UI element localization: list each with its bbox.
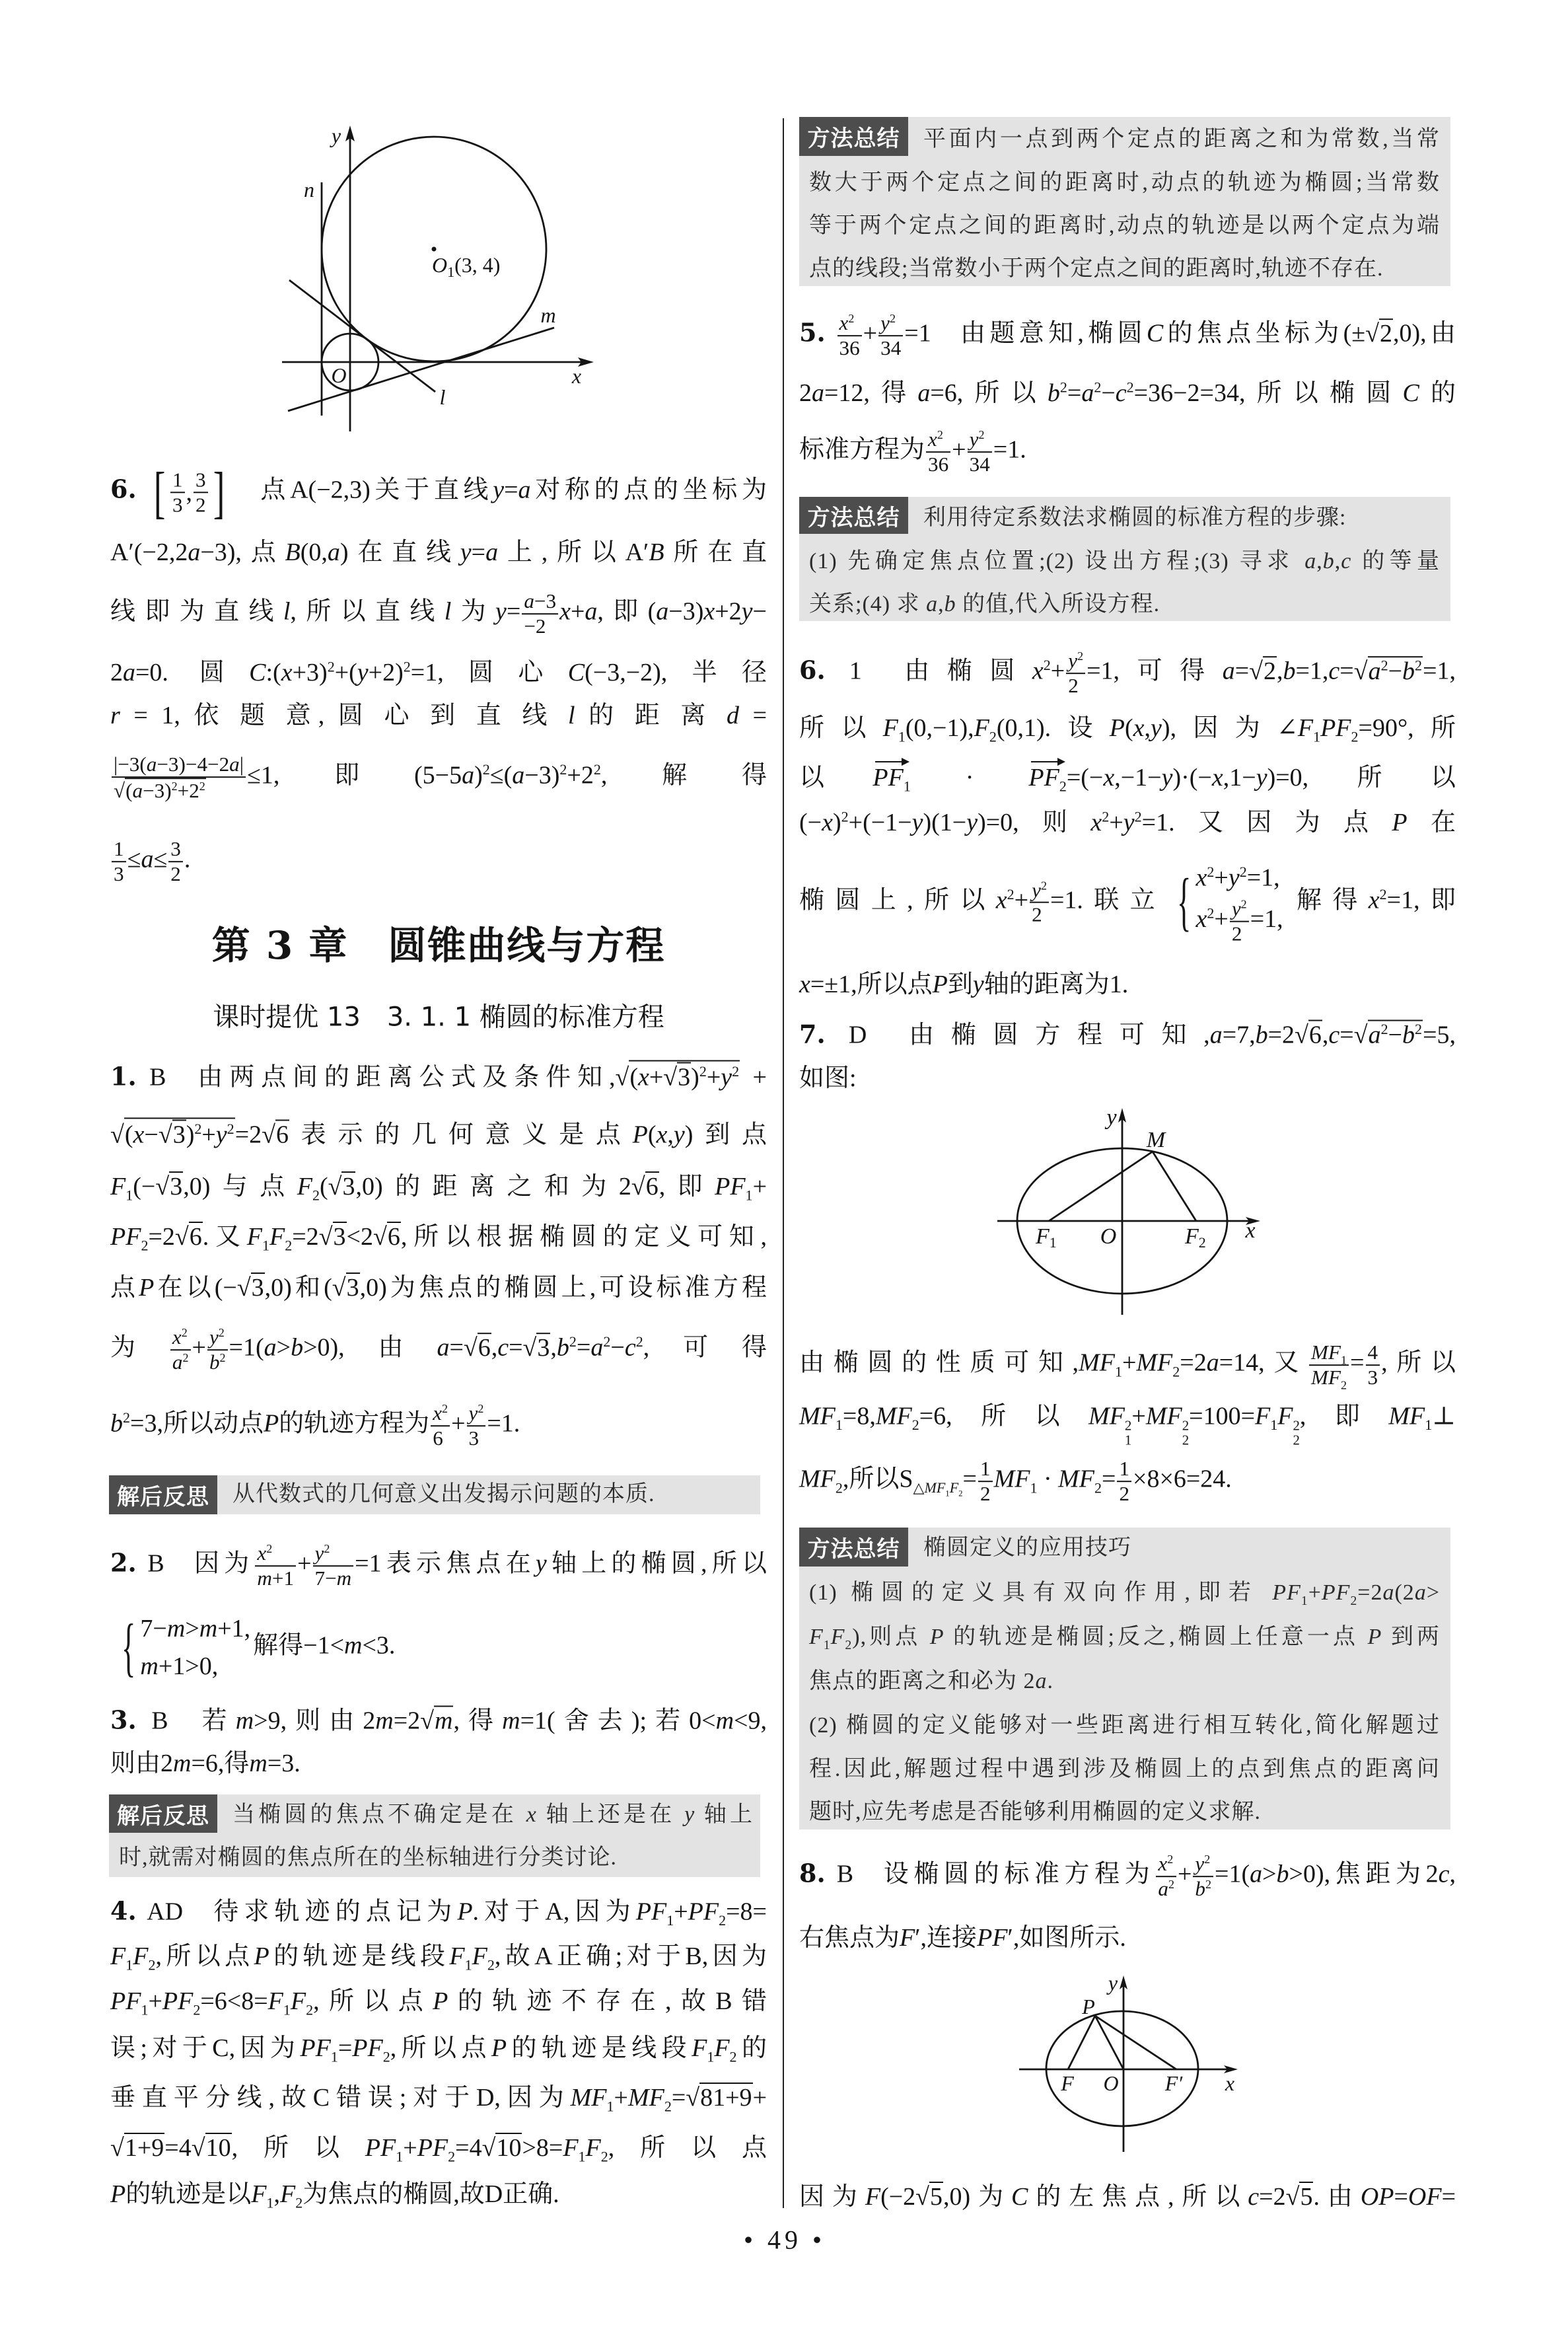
numerator: x2 xyxy=(837,311,862,336)
lesson-title: 课时提优 13 3. 1. 1 椭圆的标准方程 xyxy=(110,996,767,1034)
subscript: 2 xyxy=(912,1417,919,1433)
summary-line: 点的线段;当常数小于两个定点之间的距离时,轨迹不存在. xyxy=(809,254,1440,283)
superscript: 2 xyxy=(1205,1878,1211,1891)
denominator: 7−m xyxy=(313,1567,354,1590)
superscript: 2 xyxy=(1168,1878,1174,1891)
fraction: y22 xyxy=(1030,878,1049,927)
math-variable: l xyxy=(568,702,575,729)
denominator: 2 xyxy=(1230,922,1249,946)
answer-line: A′(−2,2a−3),点B(0,a)在直线y=a上,所以A′B所在直 xyxy=(110,536,767,569)
math-variable: b xyxy=(1402,1021,1415,1049)
math-variable: a xyxy=(590,1334,603,1362)
fraction: 12 xyxy=(978,1457,993,1506)
item-number: 6. xyxy=(799,655,826,685)
answer-line: 右焦点为F′,连接PF′,如图所示. xyxy=(799,1921,1456,1954)
answer-line: 2. B 因为x2m+1+y27−m=1表示焦点在y轴上的椭圆,所以 xyxy=(110,1541,767,1590)
math-variable: PF xyxy=(417,2134,448,2162)
answer-key-page: y n O1(3, 4) m x O l 6. 13,32 点A(−2,3)关于… xyxy=(0,0,1568,2325)
answer-line: r = 1, 依 题 意, 圆 心 到 直 线 l 的 距 离 d = xyxy=(110,699,767,732)
answer-line: 3. B 若m>9,则由2m=2m,得m=1(舍去);若0<m<9, xyxy=(110,1704,767,1738)
subscript: 1 xyxy=(1301,1594,1308,1608)
math-variable: y xyxy=(721,1064,732,1091)
tangent-line-l xyxy=(289,280,435,392)
answer-line: 7−m>m+1,m+1>0,解得−1<m<3. xyxy=(110,1610,767,1685)
math-variable: x xyxy=(1158,1852,1167,1875)
fraction: a−3−2 xyxy=(522,589,558,638)
subscript: 2 xyxy=(285,1237,292,1254)
answer-line: P的轨迹是以F1,F2为焦点的椭圆,故D正确. xyxy=(110,2178,767,2211)
math-variable: c xyxy=(497,1334,509,1362)
math-variable: F xyxy=(950,1479,958,1496)
superscript: 2 xyxy=(182,1351,188,1364)
answer-line: 垂直平分线,故C错误;对于D,因为MF1+MF2=81+9+ xyxy=(110,2081,767,2114)
square-root: 6 xyxy=(464,1331,491,1364)
subscript: 1 xyxy=(606,2098,614,2115)
math-variable: m xyxy=(236,1707,254,1735)
denominator: 2 xyxy=(194,493,208,517)
math-variable: P xyxy=(933,971,948,998)
subscript: 1 xyxy=(283,2002,291,2018)
math-variable: F xyxy=(692,2034,707,2062)
tangent-line-m xyxy=(288,328,554,411)
denominator: 3 xyxy=(112,862,126,886)
answer-line: 6. 13,32 点A(−2,3)关于直线y=a对称的点的坐标为 xyxy=(110,463,767,521)
segment-p-f xyxy=(1068,2016,1095,2069)
numerator: x2 xyxy=(1156,1852,1176,1877)
radicand: 6 xyxy=(1308,1020,1322,1050)
math-variable: y xyxy=(357,659,369,686)
math-variable: x xyxy=(1195,864,1207,892)
subscript: △MF1F2 xyxy=(913,1479,963,1496)
radicand: 5 xyxy=(1299,2182,1313,2211)
math-variable: F xyxy=(563,2134,578,2162)
radicand: 2 xyxy=(1263,656,1277,686)
math-variable: F xyxy=(809,1625,824,1649)
superscript: 2 xyxy=(227,1121,234,1137)
math-variable: F xyxy=(1277,1402,1293,1430)
numerator: y2 xyxy=(207,1325,228,1350)
summary-line: 平面内一点到两个定点的距离之和为常数,当常 xyxy=(923,125,1440,154)
label-f2-subscript: 2 xyxy=(1199,1234,1206,1251)
subscript: 1 xyxy=(1313,729,1320,745)
math-variable: F xyxy=(865,2183,880,2211)
square-root: 6 xyxy=(373,1220,401,1253)
math-variable: F xyxy=(974,714,989,742)
superscript: 2 xyxy=(324,1542,330,1555)
answer-line: 线即为直线l,所以直线l为y=a−3−2x+a,即(a−3)x+2y− xyxy=(110,589,767,638)
label-f2: F2 xyxy=(1184,1224,1206,1251)
superscript: 2 xyxy=(123,1409,130,1426)
math-variable: y xyxy=(880,311,890,334)
summary-line: F1F2),则点 P 的轨迹是椭圆;反之,椭圆上任意一点 P 到两 xyxy=(809,1623,1440,1652)
math-variable: m xyxy=(199,1615,217,1642)
square-root: 3 xyxy=(663,1062,691,1092)
system-rows: 7−m>m+1,m+1>0, xyxy=(140,1610,250,1685)
label-m: M xyxy=(1146,1128,1166,1152)
summary-label: 方法总结 xyxy=(799,1528,908,1567)
math-variable: b xyxy=(291,1334,303,1362)
fraction: x2a2 xyxy=(170,1325,191,1374)
math-variable: c xyxy=(1328,1021,1339,1049)
math-variable: d xyxy=(727,702,739,729)
subscript: 1 xyxy=(125,1187,133,1204)
answer-line: PF1+PF2=6<8=F1F2,所以点P的轨迹不存在,故B错 xyxy=(110,1985,767,2018)
math-variable: a xyxy=(1210,1021,1223,1049)
subscript: 2 xyxy=(487,1957,495,1974)
subscript: 2 xyxy=(193,2002,200,2018)
subscript: 2 xyxy=(836,1479,843,1496)
subscript: 1 xyxy=(141,2002,148,2018)
square-root: 6 xyxy=(631,1170,659,1203)
subscript: 1 xyxy=(396,2149,403,2165)
square-root: 1+9 xyxy=(110,2131,164,2164)
math-variable: m xyxy=(337,1567,352,1590)
denominator: m+1 xyxy=(255,1567,296,1590)
superscript: 2 xyxy=(1240,864,1247,880)
subscript: 2 xyxy=(958,1489,962,1498)
math-variable: F xyxy=(291,1987,306,2015)
math-variable: x xyxy=(433,1401,442,1424)
radicand: 1+9 xyxy=(124,2133,164,2162)
numerator: x2 xyxy=(255,1541,296,1567)
denominator: −2 xyxy=(522,614,558,638)
subscript: 2 xyxy=(1293,1434,1299,1448)
subscript: 2 xyxy=(1059,778,1067,795)
math-variable: a xyxy=(172,1350,183,1374)
math-variable: MF xyxy=(994,1465,1030,1493)
math-variable: c xyxy=(625,1334,636,1362)
denominator: b2 xyxy=(207,1350,228,1374)
superscript: 2 xyxy=(1293,1419,1299,1434)
superscript: 2 xyxy=(603,1333,610,1350)
math-variable: l xyxy=(283,598,291,626)
math-variable: x xyxy=(281,659,293,686)
superscript: 2 xyxy=(328,658,335,675)
fraction: 32 xyxy=(194,468,208,517)
fraction: y234 xyxy=(968,427,992,476)
subscript: 2 xyxy=(1094,1479,1102,1496)
math-variable: a xyxy=(1369,1021,1381,1049)
subscript: 1 xyxy=(579,2149,586,2165)
radicand: 6 xyxy=(275,1120,289,1150)
math-variable: a xyxy=(485,538,498,566)
radicand: 6 xyxy=(387,1222,401,1251)
label-y: y xyxy=(1106,1971,1118,1995)
square-root: 6 xyxy=(175,1220,203,1253)
math-variable: P xyxy=(139,1274,154,1302)
subscript: 1 xyxy=(824,1638,831,1652)
denominator: 2 xyxy=(1117,1482,1131,1506)
fraction: 32 xyxy=(168,837,183,886)
answer-line: 以PF1 · PF2=(−x,−1−y)·(−x,1−y)=0,所以 xyxy=(799,757,1456,794)
numerator: x2 xyxy=(926,427,950,453)
fraction: x2m+1 xyxy=(255,1541,296,1590)
square-root: 2 xyxy=(1249,655,1277,688)
math-variable: a xyxy=(1369,657,1381,685)
math-variable: b xyxy=(1283,657,1295,685)
denominator: 2 xyxy=(1030,903,1049,927)
denominator: 3 xyxy=(467,1426,486,1450)
math-variable: y xyxy=(684,1802,695,1827)
fraction: y2b2 xyxy=(1193,1852,1213,1901)
summary-line: 题时,应先考虑是否能够利用椭圆的定义求解. xyxy=(809,1798,1440,1827)
label-p: P xyxy=(1081,1995,1095,2018)
math-variable: B xyxy=(285,538,301,566)
math-variable: x xyxy=(799,971,810,998)
label-n: n xyxy=(304,178,314,202)
math-variable: r xyxy=(110,702,120,729)
math-variable: x xyxy=(1212,764,1223,792)
denominator: 3 xyxy=(170,493,185,517)
subscript: 1 xyxy=(331,2049,338,2065)
math-variable: a xyxy=(1382,1580,1394,1605)
superscript: 2 xyxy=(194,1121,201,1137)
label-f-prime: F′ xyxy=(1164,2071,1184,2095)
math-variable: a xyxy=(926,592,938,616)
answer-line: (x−3)2+y2=26表示的几何意义是点P(x,y)到点 xyxy=(110,1118,767,1152)
math-variable: P xyxy=(457,1898,472,1926)
superscript: 2 xyxy=(1125,1419,1131,1434)
math-variable: y xyxy=(315,1541,324,1565)
subscript: 1 xyxy=(746,1187,753,1204)
math-variable: x xyxy=(928,427,937,451)
math-variable: MF xyxy=(1136,1349,1172,1377)
math-variable: PF xyxy=(1272,1580,1301,1605)
math-variable: x xyxy=(996,887,1007,914)
math-variable: MF xyxy=(799,1465,836,1493)
numerator: 1 xyxy=(112,837,126,862)
math-variable: F xyxy=(900,1924,915,1952)
label-f2-letter: F xyxy=(1184,1224,1199,1249)
label-o1-letter: O xyxy=(432,253,447,277)
math-variable: a xyxy=(1036,1669,1048,1693)
label-x: x xyxy=(1244,1218,1255,1243)
radicand: 3 xyxy=(677,1062,691,1092)
square-root: 10 xyxy=(192,2131,232,2164)
math-variable: x xyxy=(172,1325,182,1348)
square-root: (x−3)2+y2 xyxy=(110,1118,235,1152)
numerator: 1 xyxy=(170,468,185,493)
answer-line: 5. x236+y234=1 由题意知,椭圆C的焦点坐标为(±2,0),由 xyxy=(799,311,1456,360)
math-variable: PF xyxy=(636,1898,666,1926)
answer-line: 为x2a2+y2b2=1(a>b>0),由a=6,c=3,b2=a2−c2,可得 xyxy=(110,1325,767,1374)
answer-line: F1F2,所以点P的轨迹是线段F1F2,故A正确;对于B,因为 xyxy=(110,1940,767,1973)
note-line: 从代数式的几何意义出发揭示问题的本质. xyxy=(232,1480,753,1509)
subscript: 1 xyxy=(1270,1417,1277,1433)
math-variable: b xyxy=(1323,549,1335,573)
math-variable: MF xyxy=(1388,1402,1425,1430)
math-variable: x xyxy=(1369,887,1380,914)
fraction: MF1MF2 xyxy=(1309,1341,1349,1389)
math-variable: C xyxy=(1402,379,1419,407)
label-l: l xyxy=(440,385,446,409)
math-variable: F xyxy=(1298,714,1313,742)
math-variable: PF xyxy=(365,2134,396,2162)
answer-line: 1. B 由两点间的距离公式及条件知,(x+3)2+y2 + xyxy=(110,1060,767,1094)
math-variable: F xyxy=(586,2134,601,2162)
math-variable: y xyxy=(966,809,978,836)
answer-line: 13≤a≤32. xyxy=(110,837,767,886)
math-variable: y xyxy=(1229,864,1240,892)
radicand: 6 xyxy=(645,1171,659,1201)
math-variable: MF xyxy=(1058,1465,1094,1493)
radicand: (a−3)2+22 xyxy=(125,778,206,802)
fraction: |−3(a−3)−4−2a|(a−3)2+22 xyxy=(112,753,246,803)
math-variable: x xyxy=(1103,764,1114,792)
denominator: 34 xyxy=(878,336,903,360)
radicand: 10 xyxy=(205,2133,232,2162)
summary-line: 焦点的距离之和必为 2a. xyxy=(809,1667,1440,1696)
math-variable: b xyxy=(1195,1877,1205,1900)
math-variable: y xyxy=(742,598,753,626)
denominator: a2 xyxy=(1156,1877,1176,1901)
center-point-o1 xyxy=(432,247,437,252)
answer-line: (−x)2+(−1−y)(1−y)=0,则x2+y2=1.又因为点P在 xyxy=(799,806,1456,839)
superscript: 2 xyxy=(478,1402,483,1415)
math-variable: P xyxy=(633,1121,648,1149)
superscript: 2 xyxy=(1415,1021,1422,1037)
math-variable: PF xyxy=(1320,714,1351,742)
denominator: 2 xyxy=(978,1482,993,1506)
math-variable: x xyxy=(1195,905,1207,933)
radicand: 3 xyxy=(341,1171,355,1201)
superscript: 2 xyxy=(1044,657,1051,673)
equation-system: x2+y2=1,x2+y22=1, xyxy=(1168,860,1283,946)
numerator: 3 xyxy=(194,468,208,493)
answer-line: MF2,所以S△MF1F2=12MF1 · MF2=12×8×6=24. xyxy=(799,1457,1456,1506)
radicand: 3 xyxy=(333,1222,347,1251)
subscript: 2 xyxy=(312,1187,320,1204)
subscript: 1 xyxy=(836,1417,843,1433)
subscript: 2 xyxy=(730,2049,737,2065)
superscript: 2 xyxy=(937,428,943,441)
radicand: 10 xyxy=(495,2133,522,2162)
fraction: y23 xyxy=(467,1401,486,1450)
radicand: a2−b2 xyxy=(1368,656,1423,686)
math-variable: y xyxy=(493,476,504,504)
system-rows: x2+y2=1,x2+y22=1, xyxy=(1195,860,1283,946)
radicand: 3 xyxy=(251,1273,265,1302)
math-variable: F xyxy=(268,1987,283,2015)
system-row: m+1>0, xyxy=(140,1648,250,1685)
math-variable: a xyxy=(524,589,534,612)
math-variable: P xyxy=(491,2034,507,2062)
math-variable: a xyxy=(1223,657,1235,685)
answer-line: 8. B 设椭圆的标准方程为x2a2+y2b2=1(a>b>0),焦距为2c, xyxy=(799,1852,1456,1901)
math-variable: F xyxy=(133,1942,148,1970)
subscript: 1 xyxy=(1341,1353,1347,1366)
math-variable: MF xyxy=(1146,1402,1182,1430)
superscript: 2 xyxy=(1415,657,1422,673)
answer-line: 如图: xyxy=(799,1062,1456,1095)
math-variable: MF xyxy=(628,2084,664,2112)
summary-label: 方法总结 xyxy=(799,497,908,534)
subscript: 2 xyxy=(1341,1378,1347,1391)
math-variable: C xyxy=(568,659,585,686)
math-variable: a xyxy=(585,598,597,626)
math-variable: l xyxy=(445,598,452,626)
summary-line: 椭圆定义的应用技巧 xyxy=(923,1533,1440,1563)
subscript: 2 xyxy=(845,1638,852,1652)
label-f: F xyxy=(1060,2071,1074,2095)
math-variable: PF xyxy=(352,2034,382,2062)
math-variable: x xyxy=(133,1121,145,1149)
math-variable: y xyxy=(1195,1852,1204,1875)
math-variable: a xyxy=(917,379,930,407)
subscript: 1 xyxy=(666,1912,674,1929)
superscript: 2 xyxy=(1077,649,1083,663)
math-variable: PF xyxy=(300,2034,330,2062)
math-variable: F xyxy=(831,1625,845,1649)
radicand: 81+9 xyxy=(699,2083,752,2112)
math-variable: a xyxy=(656,598,668,626)
subscript: 1 xyxy=(1125,1434,1131,1448)
superscript: 2 xyxy=(1207,864,1214,880)
math-variable: y xyxy=(1068,649,1077,672)
math-variable: y xyxy=(209,1325,219,1348)
math-variable: P xyxy=(1368,1625,1382,1649)
math-variable: c xyxy=(1341,549,1351,573)
answer-line: PF2=26.又F1F2=23<26,所以根据椭圆的定义可知, xyxy=(110,1220,767,1253)
denominator: (a−3)2+22 xyxy=(112,778,246,803)
math-variable: P xyxy=(264,1410,279,1438)
subscript: 2 xyxy=(664,2098,672,2115)
numerator: y2 xyxy=(1066,649,1085,674)
math-variable: y xyxy=(216,1121,227,1149)
superscript: 2 xyxy=(699,1063,707,1080)
denominator: a2 xyxy=(170,1350,191,1374)
answer-line: 7. D 由椭圆方程可知,a=7,b=26,c=a2−b2=5, xyxy=(799,1018,1456,1052)
fraction: y27−m xyxy=(313,1541,354,1590)
numerator: y2 xyxy=(467,1401,486,1426)
math-variable: PF xyxy=(977,1924,1007,1952)
vector: PF1 xyxy=(873,757,910,794)
chapter-title: 第 3 章 圆锥曲线与方程 xyxy=(110,914,767,970)
math-variable: y xyxy=(1151,714,1162,742)
denominator: 34 xyxy=(968,453,992,476)
subscript: 2 xyxy=(295,2195,303,2211)
answer-line: MF1=8,MF2=6,所以MF21+MF22=100=F1F22,即MF1⊥ xyxy=(799,1399,1456,1448)
figure-circles-tangent-lines: y n O1(3, 4) m x O l xyxy=(271,119,608,436)
math-variable: b xyxy=(944,592,956,616)
math-variable: F xyxy=(714,2034,729,2062)
numerator: a−3 xyxy=(522,589,558,614)
subscript: 1 xyxy=(904,778,911,795)
square-root: 3 xyxy=(319,1220,347,1253)
math-variable: F xyxy=(110,1942,125,1970)
item-number: 5. xyxy=(799,318,826,348)
label-o1-subscript: 1 xyxy=(447,264,454,280)
label-f1-subscript: 1 xyxy=(1050,1234,1057,1251)
math-variable: a xyxy=(1415,1580,1427,1605)
square-root: 3 xyxy=(332,1271,360,1304)
radicand: m xyxy=(434,1706,453,1736)
superscript: 2 xyxy=(220,1351,226,1364)
math-variable: y xyxy=(1256,764,1267,792)
label-x: x xyxy=(1225,2071,1234,2095)
math-variable: x xyxy=(1133,714,1145,742)
math-variable: F xyxy=(110,1173,125,1200)
math-variable: x xyxy=(822,809,833,836)
label-f1: F1 xyxy=(1035,1224,1057,1251)
math-variable: a xyxy=(1250,1861,1262,1888)
answer-line: 6. 1 由椭圆x2+y22=1,可得a=2,b=1,c=a2−b2=1, xyxy=(799,649,1456,698)
interval-brackets: 13,32 xyxy=(150,463,229,521)
math-variable: a xyxy=(141,846,153,873)
math-variable: y xyxy=(495,598,507,626)
answer-line: 1+9=410,所以PF1+PF2=410>8=F1F2,所以点 xyxy=(110,2131,767,2164)
superscript: 2 xyxy=(172,780,178,793)
